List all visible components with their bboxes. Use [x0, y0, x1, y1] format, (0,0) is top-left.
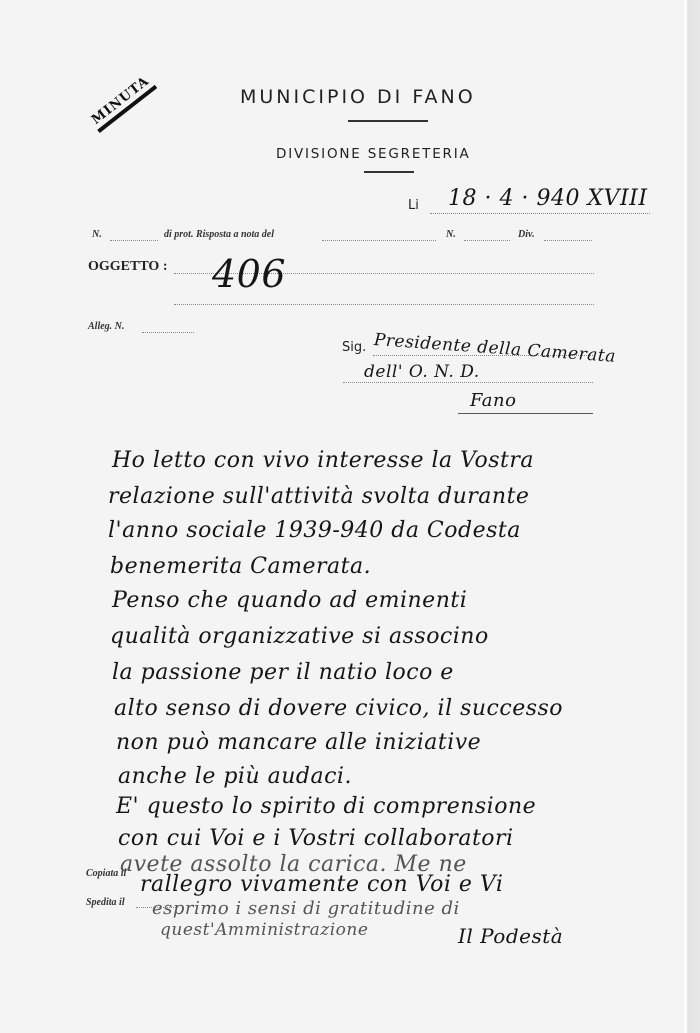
oggetto-line-2: [174, 304, 594, 305]
date-line: [430, 213, 650, 214]
protocol-div-line: [544, 240, 592, 241]
protocol-n2-line: [464, 240, 510, 241]
body-line: Ho letto con vivo interesse la Vostra: [112, 448, 534, 473]
letterhead-subrule: [364, 171, 414, 173]
body-line: quest'Amministrazione: [160, 920, 368, 940]
oggetto-label: OGGETTO :: [88, 259, 167, 275]
protocol-date-line: [322, 240, 436, 241]
date-label: Li: [408, 198, 419, 213]
body-line: benemerita Camerata.: [110, 554, 371, 579]
recipient-city: Fano: [470, 390, 516, 411]
body-line: esprimo i sensi di gratitudine di: [152, 898, 460, 919]
recipient-org: dell' O. N. D.: [364, 362, 480, 382]
body-line: l'anno sociale 1939-940 da Codesta: [108, 518, 521, 543]
scanned-letter-page: MINUTA MUNICIPIO DI FANO DIVISIONE SEGRE…: [0, 0, 684, 1033]
protocol-n-label: N.: [92, 229, 102, 240]
protocol-n-line: [110, 240, 158, 241]
signature: Il Podestà: [458, 924, 563, 948]
spedita-line: [136, 907, 176, 908]
letterhead-rule: [348, 120, 428, 122]
letterhead-subtitle: DIVISIONE SEGRETERIA: [276, 146, 471, 162]
body-line: anche le più audaci.: [118, 764, 352, 789]
body-line: relazione sull'attività svolta durante: [108, 484, 529, 509]
body-line: rallegro vivamente con Voi e Vi: [140, 872, 503, 897]
copiata-label: Copiata il: [86, 868, 126, 879]
body-line: la passione per il natio loco e: [112, 660, 454, 685]
body-line: con cui Voi e i Vostri collaboratori: [118, 826, 514, 851]
allegati-line: [142, 332, 194, 333]
protocol-div-label: Div.: [518, 229, 535, 240]
protocol-n2-label: N.: [446, 229, 456, 240]
allegati-label: Alleg. N.: [88, 321, 124, 332]
letterhead-title: MUNICIPIO DI FANO: [240, 86, 540, 108]
spedita-label: Spedita il: [86, 897, 125, 908]
body-line: E' questo lo spirito di comprensione: [116, 794, 536, 819]
recipient-line-2: [343, 382, 593, 383]
body-line: Penso che quando ad eminenti: [112, 588, 467, 613]
body-line: qualità organizzative si associno: [110, 624, 489, 649]
body-line: non può mancare alle iniziative: [116, 730, 481, 755]
recipient-label: Sig.: [342, 340, 366, 355]
protocol-text: di prot. Risposta a nota del: [164, 229, 274, 240]
minuta-stamp: MINUTA: [88, 73, 157, 133]
oggetto-value: 406: [212, 252, 286, 296]
scan-page-edge: [684, 0, 700, 1033]
recipient-line-3: [458, 413, 593, 414]
date-value: 18 · 4 · 940 XVIII: [448, 186, 648, 211]
body-line: alto senso di dovere civico, il successo: [114, 696, 563, 721]
